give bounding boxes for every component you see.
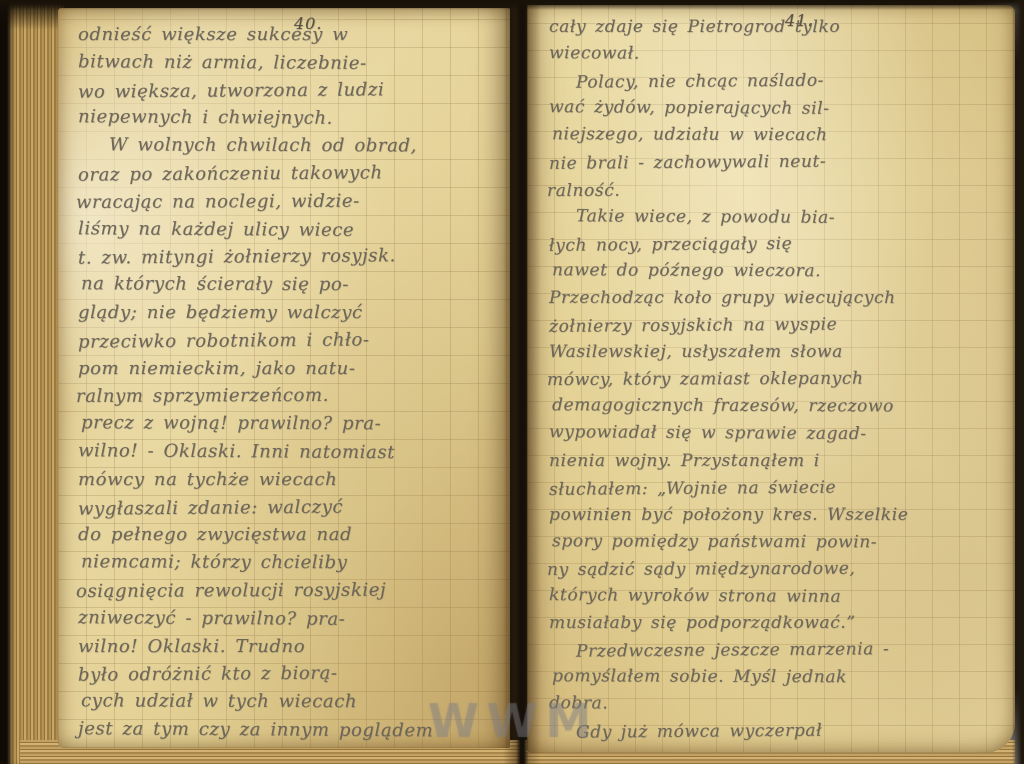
handwritten-line: Gdy już mówca wyczerpał bbox=[549, 720, 1011, 751]
handwritten-line: Przedwczesne jeszcze marzenia - bbox=[549, 638, 1011, 669]
handwritten-line: niejszego, udziału w wiecach bbox=[552, 125, 1014, 154]
book-fore-edge bbox=[0, 0, 64, 764]
handwritten-line: pom niemieckim, jako natu- bbox=[78, 358, 506, 386]
handwritten-line: osiągnięcia rewolucji rosyjskiej bbox=[76, 579, 504, 609]
handwritten-line: bitwach niż armia, liczebnie- bbox=[78, 51, 506, 81]
handwritten-line: t. zw. mityngi żołnierzy rosyjsk. bbox=[78, 245, 506, 276]
handwritten-line: oraz po zakończeniu takowych bbox=[78, 161, 506, 192]
archive-watermark: WWM bbox=[428, 694, 599, 748]
handwritten-line: powinien być położony kres. Wszelkie bbox=[549, 505, 1011, 532]
handwritten-line: glądy; nie będziemy walczyć bbox=[78, 302, 506, 330]
right-page-text: cały zdaje się Pietrogrod tylkowiecował.… bbox=[549, 17, 1011, 749]
left-page-text: odnieść większe sukcesy wbitwach niż arm… bbox=[78, 24, 506, 747]
photo-top-shadow bbox=[0, 0, 1024, 10]
handwritten-line: ralnym sprzymierzeńcom. bbox=[76, 384, 504, 414]
handwritten-line: wygłaszali zdanie: walczyć bbox=[78, 495, 506, 526]
handwritten-line: W wolnych chwilach od obrad, bbox=[81, 134, 509, 163]
handwritten-line: Przechodząc koło grupy wiecujących bbox=[549, 288, 1011, 315]
handwritten-line: wo większa, utworzona z ludzi bbox=[78, 78, 506, 109]
handwritten-line: mówcy na tychże wiecach bbox=[78, 469, 506, 497]
handwritten-line: nawet do późnego wieczora. bbox=[552, 260, 1014, 289]
handwritten-line: na których ścierały się po- bbox=[81, 273, 509, 302]
handwritten-line: Wasilewskiej, usłyszałem słowa bbox=[549, 342, 1011, 369]
handwritten-line: wiecował. bbox=[549, 43, 1011, 73]
handwritten-line: słuchałem: „Wojnie na świecie bbox=[549, 476, 1011, 507]
handwritten-line: nie brali - zachowywali neut- bbox=[549, 151, 1011, 182]
handwritten-line: Polacy, nie chcąc naślado- bbox=[549, 69, 1011, 100]
handwritten-line: ny sądzić sądy międzynarodowe, bbox=[547, 558, 1009, 587]
notebook-scan: 40. odnieść większe sukcesy wbitwach niż… bbox=[0, 0, 1024, 764]
handwritten-line: ralność. bbox=[547, 179, 1009, 208]
handwritten-line: było odróżnić kto z biorą- bbox=[78, 662, 506, 693]
handwritten-line: musiałaby się podporządkować.” bbox=[549, 613, 1011, 640]
right-page: 41. cały zdaje się Pietrogrod tylkowieco… bbox=[527, 5, 1015, 753]
handwritten-line: których wyroków strona winna bbox=[549, 585, 1011, 615]
handwritten-line: łych nocy, przeciągały się bbox=[549, 232, 1011, 263]
handwritten-line: wypowiadał się w sprawie zagad- bbox=[549, 422, 1011, 452]
handwritten-line: zniweczyć - prawilno? pra- bbox=[78, 607, 506, 637]
handwritten-line: pomyślałem sobie. Myśl jednak bbox=[552, 666, 1014, 695]
handwritten-line: demagogicznych frazesów, rzeczowo bbox=[552, 396, 1014, 425]
handwritten-line: niemcami; którzy chcieliby bbox=[81, 551, 509, 580]
handwritten-line: wracając na noclegi, widzie- bbox=[76, 190, 504, 220]
handwritten-line: do pełnego zwycięstwa nad bbox=[78, 524, 506, 552]
handwritten-line: nienia wojny. Przystanąłem i bbox=[549, 451, 1011, 478]
book-gutter-shadow bbox=[503, 0, 541, 764]
handwritten-line: żołnierzy rosyjskich na wyspie bbox=[549, 313, 1011, 344]
handwritten-line: wać żydów, popierających sil- bbox=[549, 97, 1011, 127]
handwritten-line: mówcy, który zamiast oklepanych bbox=[547, 368, 1009, 397]
handwritten-line: Takie wiece, z powodu bia- bbox=[549, 206, 1011, 236]
handwritten-line: spory pomiędzy państwami powin- bbox=[552, 531, 1014, 560]
handwritten-line: wilno! Oklaski. Trudno bbox=[78, 636, 506, 664]
handwritten-line: niepewnych i chwiejnych. bbox=[78, 107, 506, 137]
handwritten-line: wilno! - Oklaski. Inni natomiast bbox=[78, 440, 506, 470]
handwritten-line: przeciwko robotnikom i chło- bbox=[78, 328, 506, 359]
handwritten-line: precz z wojną! prawilno? pra- bbox=[81, 412, 509, 441]
handwritten-line: cały zdaje się Pietrogrod tylko bbox=[549, 17, 1011, 44]
handwritten-line: liśmy na każdej ulicy wiece bbox=[78, 218, 506, 248]
left-page: 40. odnieść większe sukcesy wbitwach niż… bbox=[58, 8, 510, 748]
photo-right-shadow bbox=[1012, 0, 1024, 764]
handwritten-line: odnieść większe sukcesy w bbox=[78, 24, 506, 52]
